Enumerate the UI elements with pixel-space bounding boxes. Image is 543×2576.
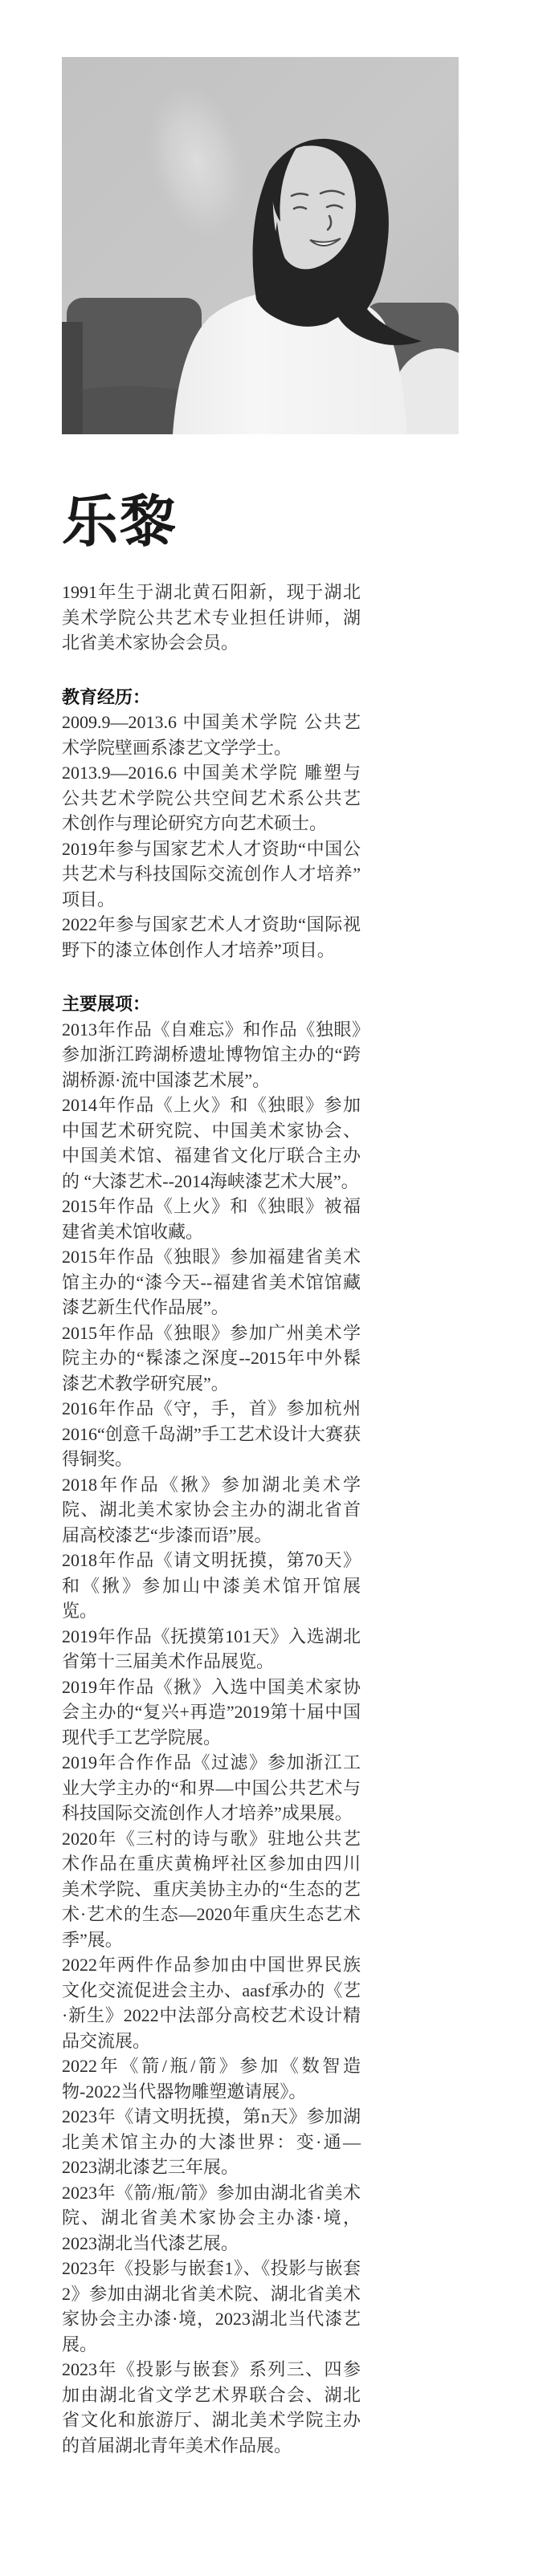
- section-heading-exhibitions: 主要展项：: [62, 991, 361, 1017]
- exhibition-entry: 2015年作品《独眼》参加福建省美术馆主办的“漆今天--福建省美术馆馆藏漆艺新生…: [62, 1244, 361, 1321]
- exhibition-entry: 2020年《三村的诗与歌》驻地公共艺术作品在重庆黄桷坪社区参加由四川美术学院、重…: [62, 1826, 361, 1953]
- section-heading-education: 教育经历：: [62, 685, 361, 710]
- exhibition-entry: 2014年作品《上火》和《独眼》参加中国艺术研究院、中国美术家协会、中国美术馆、…: [62, 1093, 361, 1194]
- education-entry: 2022年参与国家艺术人才资助“国际视野下的漆立体创作人才培养”项目。: [62, 912, 361, 962]
- portrait-photo-svg: [62, 57, 459, 434]
- exhibition-entry: 2022年两件作品参加由中国世界民族文化交流促进会主办、aasf承办的《艺·新生…: [62, 1952, 361, 2053]
- artist-profile-page: 乐黎 1991年生于湖北黄石阳新，现于湖北美术学院公共艺术专业担任讲师，湖北省美…: [0, 0, 543, 2576]
- artist-bio: 1991年生于湖北黄石阳新，现于湖北美术学院公共艺术专业担任讲师，湖北省美术家协…: [62, 580, 361, 656]
- exhibition-entry: 2019年作品《揪》入选中国美术家协会主办的“复兴+再造”2019第十届中国现代…: [62, 1675, 361, 1751]
- section-exhibitions: 主要展项： 2013年作品《自难忘》和作品《独眼》参加浙江跨湖桥遗址博物馆主办的…: [62, 991, 361, 2458]
- exhibition-entry: 2019年作品《抚摸第101天》入选湖北省第十三届美术作品展览。: [62, 1624, 361, 1675]
- section-education: 教育经历： 2009.9—2013.6 中国美术学院 公共艺术学院壁画系漆艺文学…: [62, 685, 361, 963]
- exhibition-entry: 2013年作品《自难忘》和作品《独眼》参加浙江跨湖桥遗址博物馆主办的“跨湖桥源·…: [62, 1017, 361, 1093]
- education-entry: 2019年参与国家艺术人才资助“中国公共艺术与科技国际交流创作人才培养”项目。: [62, 836, 361, 913]
- exhibition-entry: 2023年《投影与嵌套1》、《投影与嵌套2》参加由湖北省美术院、湖北省美术家协会…: [62, 2256, 361, 2357]
- exhibition-entry: 2016年作品《守，手，首》参加杭州2016“创意千岛湖”手工艺术设计大赛获得铜…: [62, 1396, 361, 1472]
- content-column: 乐黎 1991年生于湖北黄石阳新，现于湖北美术学院公共艺术专业担任讲师，湖北省美…: [62, 491, 361, 2458]
- exhibition-entry: 2019年合作作品《过滤》参加浙江工业大学主办的“和界—中国公共艺术与科技国际交…: [62, 1750, 361, 1826]
- exhibition-entry: 2023年《请文明抚摸，第n天》参加湖北美术馆主办的大漆世界：变·通—2023湖…: [62, 2104, 361, 2180]
- exhibition-entry: 2023年《箭/瓶/箭》参加由湖北省美术院、湖北省美术家协会主办漆·境，2023…: [62, 2180, 361, 2257]
- education-entry: 2009.9—2013.6 中国美术学院 公共艺术学院壁画系漆艺文学学士。: [62, 710, 361, 760]
- education-entry: 2013.9—2016.6 中国美术学院 雕塑与公共艺术学院公共空间艺术系公共艺…: [62, 760, 361, 836]
- portrait-photo: [62, 57, 459, 434]
- exhibition-entry: 2015年作品《上火》和《独眼》被福建省美术馆收藏。: [62, 1194, 361, 1244]
- exhibition-entry: 2018年作品《揪》参加湖北美术学院、湖北美术家协会主办的湖北省首届高校漆艺“步…: [62, 1472, 361, 1548]
- exhibition-entry: 2015年作品《独眼》参加广州美术学院主办的“髹漆之深度--2015年中外髹漆艺…: [62, 1321, 361, 1397]
- exhibition-entry: 2018年作品《请文明抚摸，第70天》和《揪》参加山中漆美术馆开馆展览。: [62, 1548, 361, 1624]
- exhibition-entry: 2022年《箭/瓶/箭》参加《数智造物-2022当代器物雕塑邀请展》。: [62, 2053, 361, 2104]
- exhibition-entry: 2023年《投影与嵌套》系列三、四参加由湖北省文学艺术界联合会、湖北省文化和旅游…: [62, 2357, 361, 2458]
- artist-name: 乐黎: [62, 491, 361, 555]
